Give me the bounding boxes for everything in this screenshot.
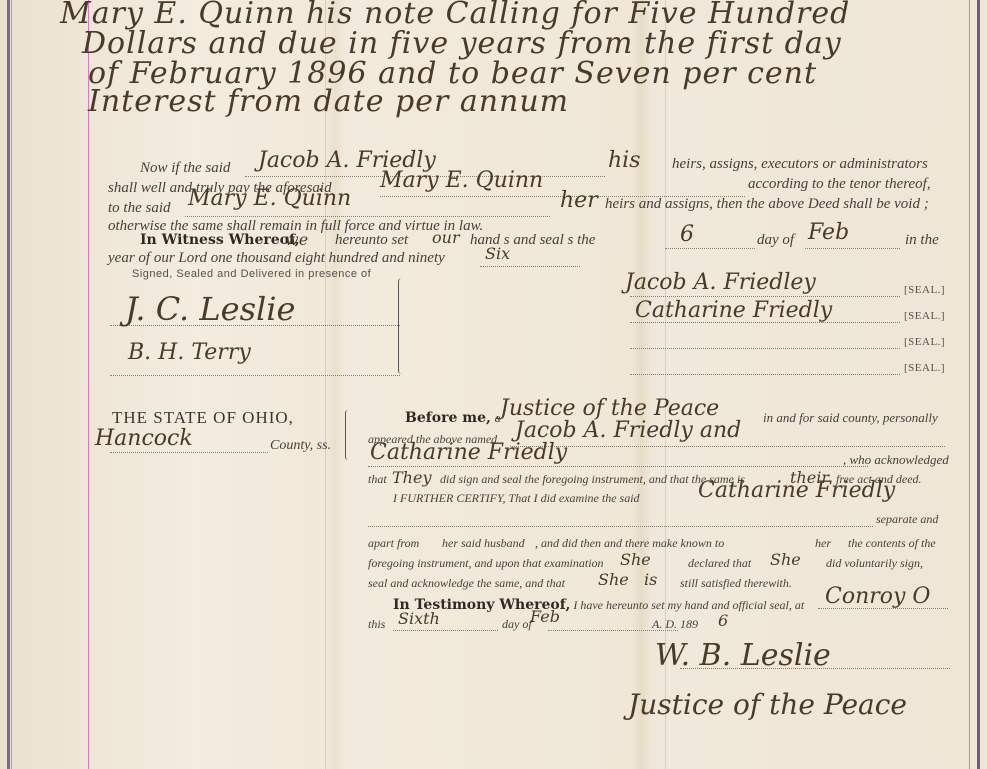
witness-signature-2: B. H. Terry (128, 340, 251, 365)
named-persons-2: Catharine Friedly (370, 440, 567, 465)
witness-day: 6 (680, 222, 694, 247)
payee-name-2: Mary E. Quinn (188, 186, 351, 211)
her-value: her (815, 536, 831, 551)
signer-line-1 (630, 296, 900, 297)
before-me-line: Before me, a (405, 410, 501, 427)
testimony-place: Conroy O (825, 584, 930, 609)
seal-ack-text: seal and acknowledge the same, and that (368, 576, 565, 591)
payee-line-2 (185, 216, 550, 217)
in-and-for-text: in and for said county, personally (763, 410, 938, 426)
named-line-2 (368, 466, 868, 467)
testimony-text: I have hereunto set my hand and official… (573, 598, 804, 612)
testimony-month: Feb (530, 607, 560, 626)
county-value: Hancock (95, 426, 193, 451)
obligor-pronoun: his (608, 148, 641, 173)
witness-line: In Witness Whereof, (140, 232, 300, 249)
witness-signature-1: J. C. Leslie (125, 290, 295, 328)
day-line (665, 248, 755, 249)
presence-label: Signed, Sealed and Delivered in presence… (132, 268, 371, 280)
is-value: is (644, 570, 657, 589)
in-the-text: in the (905, 232, 939, 249)
testimony-day-line (393, 630, 498, 631)
still-satisfied-text: still satisfied therewith. (680, 576, 792, 591)
left-margin-rule-outer (7, 0, 10, 769)
signer-line-4 (630, 374, 900, 375)
testimony-line: In Testimony Whereof, I have hereunto se… (393, 597, 804, 613)
now-if-label: Now if the said (140, 160, 230, 177)
witness-month: Feb (808, 220, 849, 245)
deed-document: Mary E. Quinn his note Calling for Five … (0, 0, 987, 769)
witness-subject: we (285, 230, 308, 249)
witness-brace (398, 278, 405, 374)
contents-text: the contents of the (848, 536, 936, 551)
before-me-label: Before me, (405, 410, 491, 426)
to-the-said-label: to the said (108, 200, 171, 217)
day-of-text: day of (757, 232, 794, 249)
seal-1: [SEAL.] (904, 284, 945, 296)
year-line (480, 266, 580, 267)
apart-from-text: apart from (368, 536, 419, 551)
official-signature-title: Justice of the Peace (628, 688, 907, 721)
testimony-day: Sixth (398, 609, 440, 628)
official-signature: W. B. Leslie (655, 638, 831, 673)
named-line-1 (510, 446, 945, 447)
county-label: County, ss. (270, 438, 331, 454)
further-certify-text: I FURTHER CERTIFY, That I did examine th… (393, 491, 640, 506)
payee-pronoun: her (560, 188, 598, 213)
she-value-3: She (598, 570, 629, 589)
foregoing-text: foregoing instrument, and upon that exam… (368, 556, 604, 571)
testimony-year-digit: 6 (718, 611, 728, 630)
witness-year: Six (485, 244, 510, 263)
heirs-and-assigns-text: heirs and assigns, then the above Deed s… (605, 196, 929, 213)
who-acknowledged-text: , who acknowledged (843, 452, 949, 468)
signer-signature-1: Jacob A. Friedley (625, 270, 816, 295)
seal-4: [SEAL.] (904, 362, 945, 374)
separate-and-text: separate and (876, 512, 938, 527)
month-line (805, 248, 900, 249)
payee-name: Mary E. Quinn (380, 168, 543, 193)
this-label: this (368, 617, 385, 632)
they-value: They (392, 468, 431, 487)
did-voluntarily-text: did voluntarily sign, (826, 556, 923, 571)
she-value-2: She (770, 550, 801, 569)
year-text: year of our Lord one thousand eight hund… (108, 250, 445, 267)
signer-signature-2: Catharine Friedly (635, 298, 832, 323)
witness-heading: In Witness Whereof, (140, 232, 300, 248)
witness-line-2 (110, 375, 400, 376)
seal-2: [SEAL.] (904, 310, 945, 322)
right-margin-rule-outer (977, 0, 980, 769)
said-husband-text: her said husband (442, 536, 525, 551)
left-margin-rule-pink (11, 0, 12, 769)
according-text: according to the tenor thereof, (748, 176, 931, 193)
heirs-assigns-text: heirs, assigns, executors or administrat… (672, 156, 928, 173)
witness-possessive: our (432, 228, 460, 247)
hereunto-set-text: hereunto set (335, 232, 408, 249)
that-label: that (368, 472, 387, 487)
make-known-text: , and did then and there make known to (535, 536, 724, 551)
seal-3: [SEAL.] (904, 336, 945, 348)
testimony-day-of: day of (502, 617, 532, 632)
state-heading: THE STATE OF OHIO, (112, 408, 294, 428)
declared-that-text: declared that (688, 556, 751, 571)
wife-name: Catharine Friedly (698, 478, 895, 503)
header-line-4: Interest from date per annum (88, 84, 569, 119)
state-brace (345, 410, 351, 460)
right-margin-rule-inner (969, 0, 970, 769)
she-value-1: She (620, 550, 651, 569)
separate-line (368, 526, 873, 527)
county-line (110, 452, 268, 453)
signer-line-3 (630, 348, 900, 349)
ad-text: A. D. 189 (652, 617, 698, 632)
